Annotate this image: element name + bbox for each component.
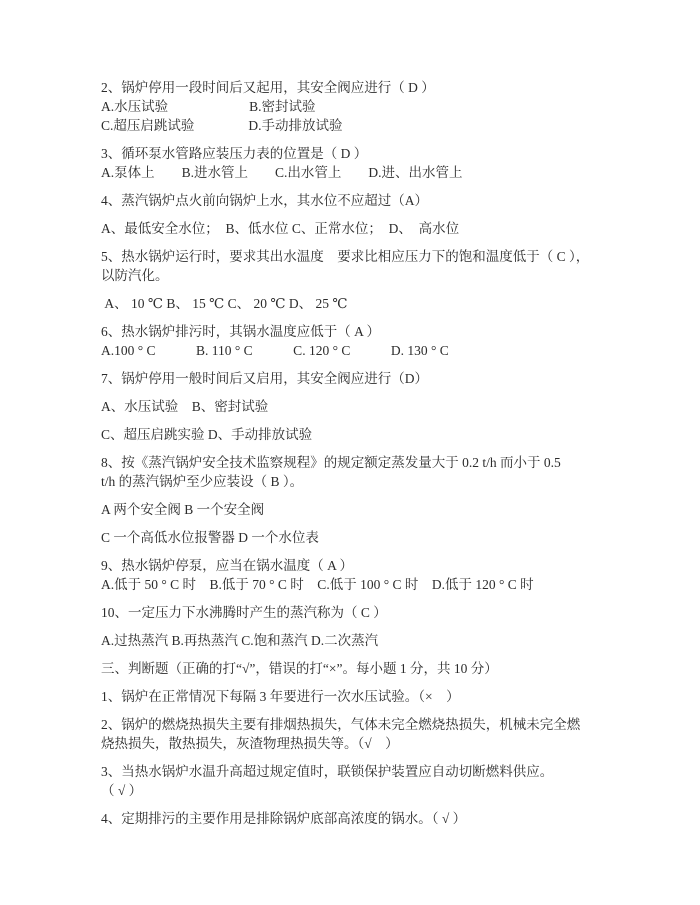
question-10-options: A.过热蒸汽 B.再热蒸汽 C.饱和蒸汽 D.二次蒸汽 [101, 631, 608, 650]
text-line: A、 10 ℃ B、 15 ℃ C、 20 ℃ D、 25 ℃ [101, 294, 608, 313]
text-line: （ √ ） [101, 781, 608, 800]
question-2: 2、锅炉停用一段时间后又起用，其安全阀应进行（ D ）A.水压试验 B.密封试验… [101, 78, 608, 135]
text-line: C 一个高低水位报警器 D 一个水位表 [101, 528, 608, 547]
question-8: 8、按《蒸汽锅炉安全技术监察规程》的规定额定蒸发量大于 0.2 t/h 而小于 … [101, 453, 608, 491]
judgment-3: 3、当热水锅炉水温升高超过规定值时，联锁保护装置应自动切断燃料供应。（ √ ） [101, 762, 608, 800]
text-line: 2、锅炉的燃烧热损失主要有排烟热损失，气体未完全燃烧热损失，机械未完全燃 [101, 715, 608, 734]
question-7-options-cd: C、超压启跳实验 D、手动排放试验 [101, 425, 608, 444]
text-line: 6、热水锅炉排污时，其锅水温度应低于（ A ） [101, 322, 608, 341]
question-10: 10、一定压力下水沸腾时产生的蒸汽称为（ C ） [101, 603, 608, 622]
text-line: C.超压启跳试验 D.手动排放试验 [101, 116, 608, 135]
question-7: 7、锅炉停用一般时间后又启用，其安全阀应进行（D） [101, 369, 608, 388]
text-line: 1、锅炉在正常情况下每隔 3 年要进行一次水压试验。（× ） [101, 687, 608, 706]
text-line: A.过热蒸汽 B.再热蒸汽 C.饱和蒸汽 D.二次蒸汽 [101, 631, 608, 650]
text-line: 2、锅炉停用一段时间后又起用，其安全阀应进行（ D ） [101, 78, 608, 97]
text-line: 4、蒸汽锅炉点火前向锅炉上水，其水位不应超过（A） [101, 191, 608, 210]
text-line: 5、热水锅炉运行时，要求其出水温度 要求比相应压力下的饱和温度低于（ C ）， [101, 247, 608, 266]
text-line: 10、一定压力下水沸腾时产生的蒸汽称为（ C ） [101, 603, 608, 622]
question-8-options-cd: C 一个高低水位报警器 D 一个水位表 [101, 528, 608, 547]
text-line: A.泵体上 B.进水管上 C.出水管上 D.进、出水管上 [101, 163, 608, 182]
question-5: 5、热水锅炉运行时，要求其出水温度 要求比相应压力下的饱和温度低于（ C ），以… [101, 247, 608, 285]
section-3-heading: 三、判断题（正确的打“√”，错误的打“×”。每小题 1 分，共 10 分） [101, 659, 608, 678]
judgment-2: 2、锅炉的燃烧热损失主要有排烟热损失，气体未完全燃烧热损失，机械未完全燃烧热损失… [101, 715, 608, 753]
text-line: 三、判断题（正确的打“√”，错误的打“×”。每小题 1 分，共 10 分） [101, 659, 608, 678]
question-6: 6、热水锅炉排污时，其锅水温度应低于（ A ）A.100 ° C B. 110 … [101, 322, 608, 360]
document-body: 2、锅炉停用一段时间后又起用，其安全阀应进行（ D ）A.水压试验 B.密封试验… [101, 78, 608, 828]
text-line: C、超压启跳实验 D、手动排放试验 [101, 425, 608, 444]
text-line: 8、按《蒸汽锅炉安全技术监察规程》的规定额定蒸发量大于 0.2 t/h 而小于 … [101, 453, 608, 472]
question-5-options: A、 10 ℃ B、 15 ℃ C、 20 ℃ D、 25 ℃ [101, 294, 608, 313]
text-line: A.水压试验 B.密封试验 [101, 97, 608, 116]
question-9: 9、热水锅炉停泵，应当在锅水温度（ A ）A.低于 50 ° C 时 B.低于 … [101, 556, 608, 594]
text-line: A、最低安全水位； B、低水位 C、正常水位； D、 高水位 [101, 219, 608, 238]
text-line: A 两个安全阀 B 一个安全阀 [101, 500, 608, 519]
document-page: 2、锅炉停用一段时间后又起用，其安全阀应进行（ D ）A.水压试验 B.密封试验… [0, 0, 700, 905]
text-line: 以防汽化。 [101, 266, 608, 285]
text-line: 7、锅炉停用一般时间后又启用，其安全阀应进行（D） [101, 369, 608, 388]
text-line: 烧热损失，散热损失，灰渣物理热损失等。（√ ） [101, 734, 608, 753]
question-3: 3、循环泵水管路应装压力表的位置是（ D ）A.泵体上 B.进水管上 C.出水管… [101, 144, 608, 182]
question-8-options-ab: A 两个安全阀 B 一个安全阀 [101, 500, 608, 519]
text-line: 9、热水锅炉停泵，应当在锅水温度（ A ） [101, 556, 608, 575]
text-line: t/h 的蒸汽锅炉至少应装设（ B ）。 [101, 472, 608, 491]
text-line: A.低于 50 ° C 时 B.低于 70 ° C 时 C.低于 100 ° C… [101, 575, 608, 594]
judgment-1: 1、锅炉在正常情况下每隔 3 年要进行一次水压试验。（× ） [101, 687, 608, 706]
question-7-options-ab: A、水压试验 B、密封试验 [101, 397, 608, 416]
text-line: A、水压试验 B、密封试验 [101, 397, 608, 416]
question-4-options: A、最低安全水位； B、低水位 C、正常水位； D、 高水位 [101, 219, 608, 238]
text-line: 3、当热水锅炉水温升高超过规定值时，联锁保护装置应自动切断燃料供应。 [101, 762, 608, 781]
question-4: 4、蒸汽锅炉点火前向锅炉上水，其水位不应超过（A） [101, 191, 608, 210]
text-line: A.100 ° C B. 110 ° C C. 120 ° C D. 130 °… [101, 341, 608, 360]
text-line: 4、定期排污的主要作用是排除锅炉底部高浓度的锅水。（ √ ） [101, 809, 608, 828]
text-line: 3、循环泵水管路应装压力表的位置是（ D ） [101, 144, 608, 163]
judgment-4: 4、定期排污的主要作用是排除锅炉底部高浓度的锅水。（ √ ） [101, 809, 608, 828]
